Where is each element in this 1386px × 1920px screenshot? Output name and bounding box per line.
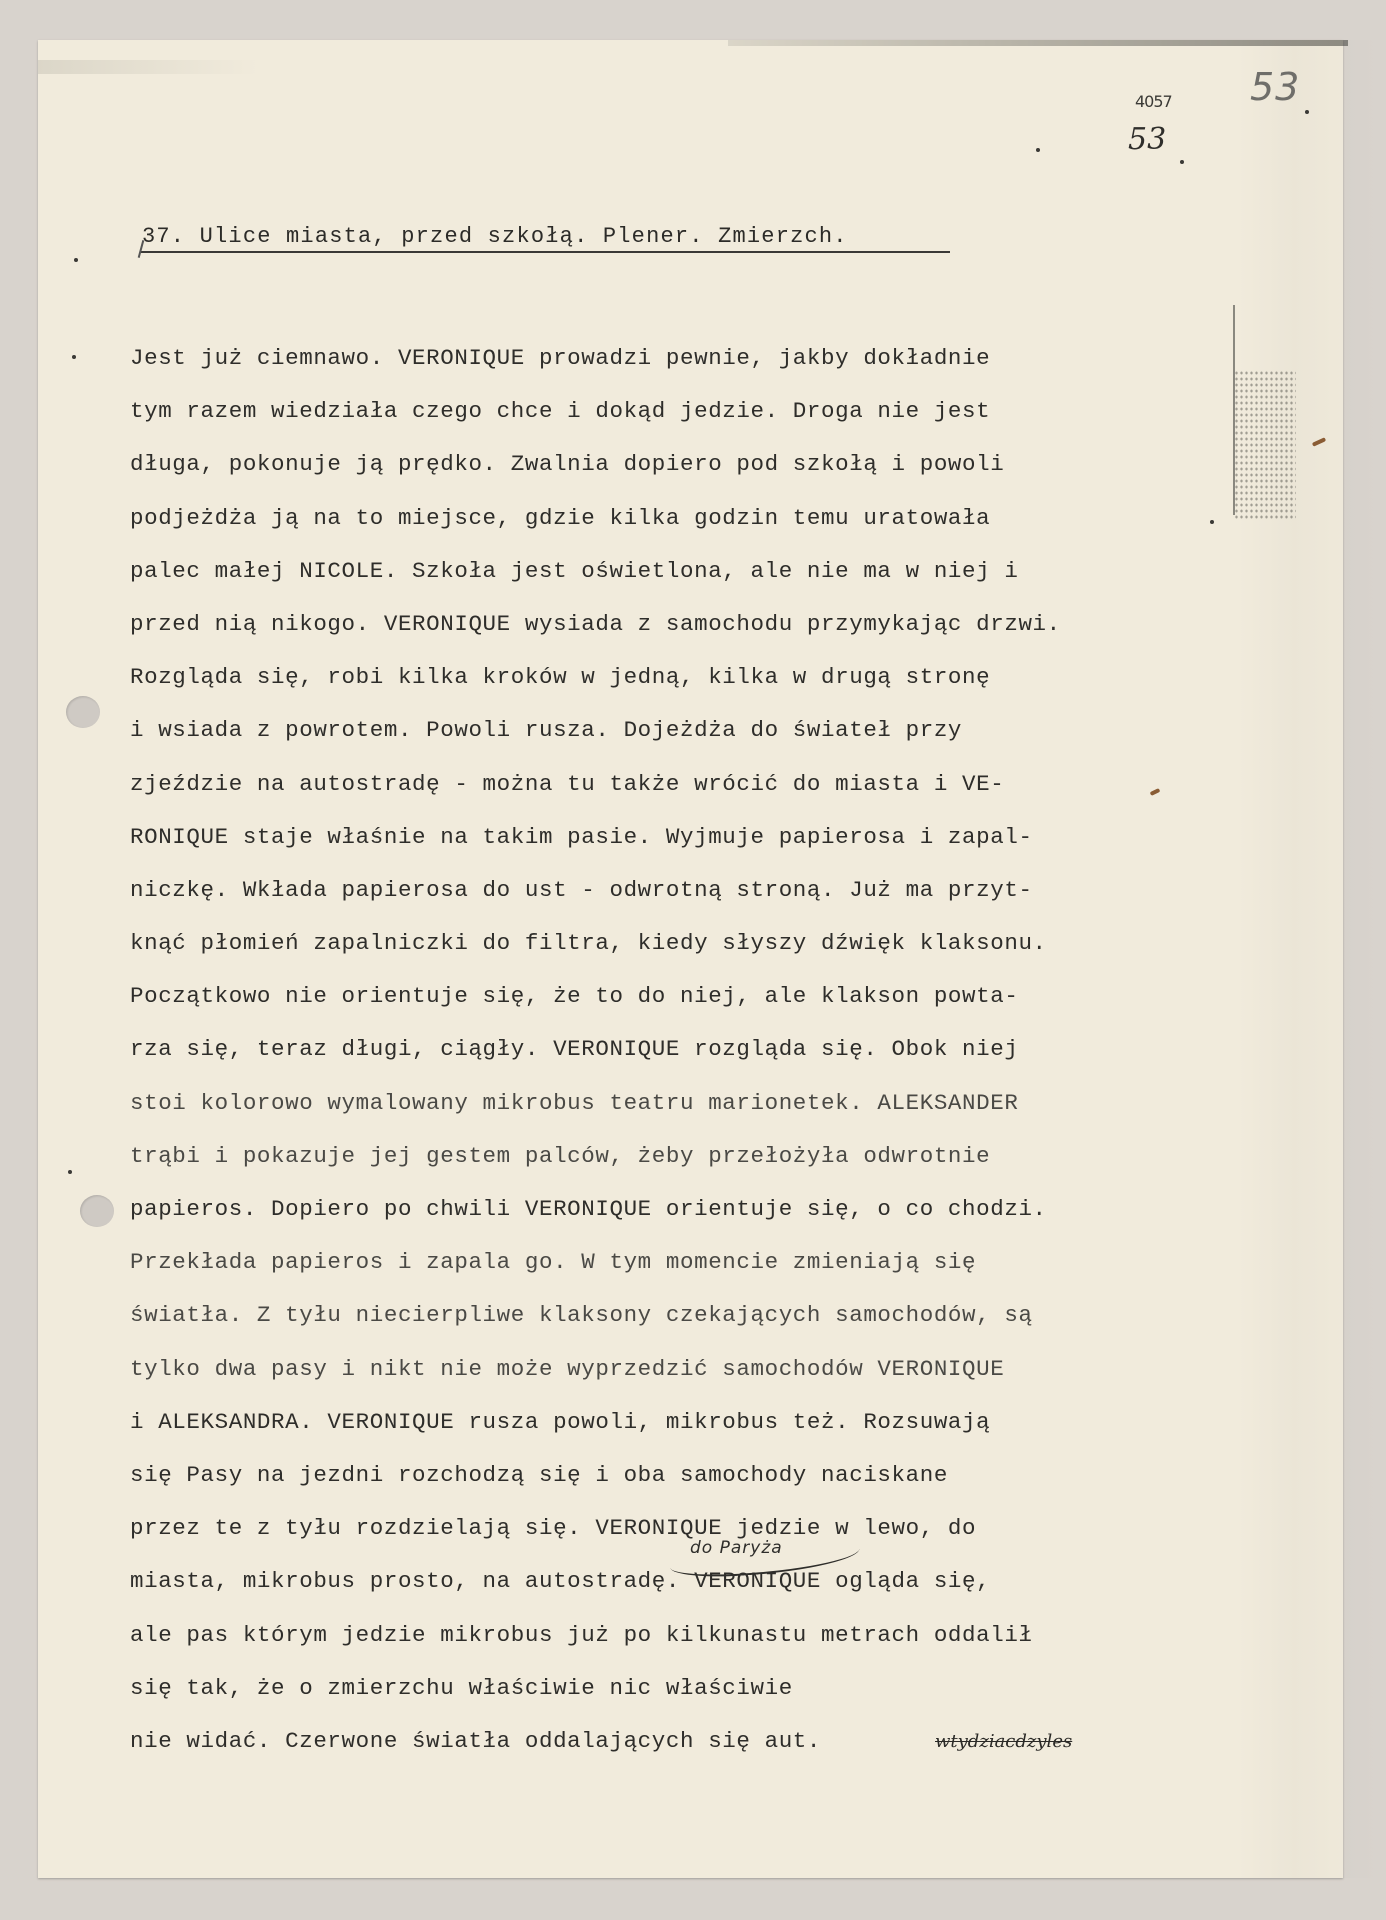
ink-speckle	[1234, 370, 1296, 520]
body-line: się Pasy na jezdni rozchodzą się i oba s…	[130, 1449, 1210, 1502]
body-line: i ALEKSANDRA. VERONIQUE rusza powoli, mi…	[130, 1396, 1210, 1449]
body-line: Jest już ciemnawo. VERONIQUE prowadzi pe…	[130, 332, 1210, 385]
body-line: Rozgląda się, robi kilka kroków w jedną,…	[130, 651, 1210, 704]
body-line: zjeździe na autostradę - można tu także …	[130, 758, 1210, 811]
speck	[1210, 520, 1214, 524]
paper-fold	[1238, 40, 1378, 1878]
punch-hole-bottom	[80, 1195, 114, 1227]
crossed-out-handwriting: wtydziacdzyles	[935, 1731, 1072, 1752]
archive-stamp-number: 4057	[1135, 92, 1172, 111]
pencil-page-number: 53	[1250, 65, 1300, 109]
body-line: tylko dwa pasy i nikt nie może wyprzedzi…	[130, 1343, 1210, 1396]
body-line: światła. Z tyłu niecierpliwe klaksony cz…	[130, 1289, 1210, 1342]
body-line: Początkowo nie orientuje się, że to do n…	[130, 970, 1210, 1023]
body-line: przez te z tyłu rozdzielają się. VERONIQ…	[130, 1502, 1210, 1555]
speck	[1036, 148, 1040, 152]
handwritten-insertion: do Paryża	[690, 1538, 783, 1558]
body-line: się tak, że o zmierzchu właściwie nic wł…	[130, 1662, 1210, 1715]
body-line: tym razem wiedziała czego chce i dokąd j…	[130, 385, 1210, 438]
body-line: ale pas którym jedzie mikrobus już po ki…	[130, 1609, 1210, 1662]
body-line: i wsiada z powrotem. Powoli rusza. Dojeż…	[130, 704, 1210, 757]
speck	[1180, 160, 1184, 164]
body-line: RONIQUE staje właśnie na takim pasie. Wy…	[130, 811, 1210, 864]
body-line: knąć płomień zapalniczki do filtra, kied…	[130, 917, 1210, 970]
body-line: Przekłada papieros i zapala go. W tym mo…	[130, 1236, 1210, 1289]
scene-heading: 37. Ulice miasta, przed szkołą. Plener. …	[142, 224, 848, 249]
speck	[72, 355, 76, 359]
body-line: trąbi i pokazuje jej gestem palców, żeby…	[130, 1130, 1210, 1183]
body-line: przed nią nikogo. VERONIQUE wysiada z sa…	[130, 598, 1210, 651]
body-line: papieros. Dopiero po chwili VERONIQUE or…	[130, 1183, 1210, 1236]
body-line: palec małej NICOLE. Szkoła jest oświetlo…	[130, 545, 1210, 598]
punch-hole-top	[66, 696, 100, 728]
body-line: rza się, teraz długi, ciągły. VERONIQUE …	[130, 1023, 1210, 1076]
body-line: stoi kolorowo wymalowany mikrobus teatru…	[130, 1077, 1210, 1130]
speck	[1305, 110, 1309, 114]
speck	[68, 1170, 72, 1174]
body-line: niczkę. Wkłada papierosa do ust - odwrot…	[130, 864, 1210, 917]
ink-page-number: 53	[1128, 122, 1166, 157]
body-line: długa, pokonuje ją prędko. Zwalnia dopie…	[130, 438, 1210, 491]
body-line: podjeżdża ją na to miejsce, gdzie kilka …	[130, 492, 1210, 545]
heading-underline	[140, 251, 950, 253]
speck	[74, 258, 78, 262]
